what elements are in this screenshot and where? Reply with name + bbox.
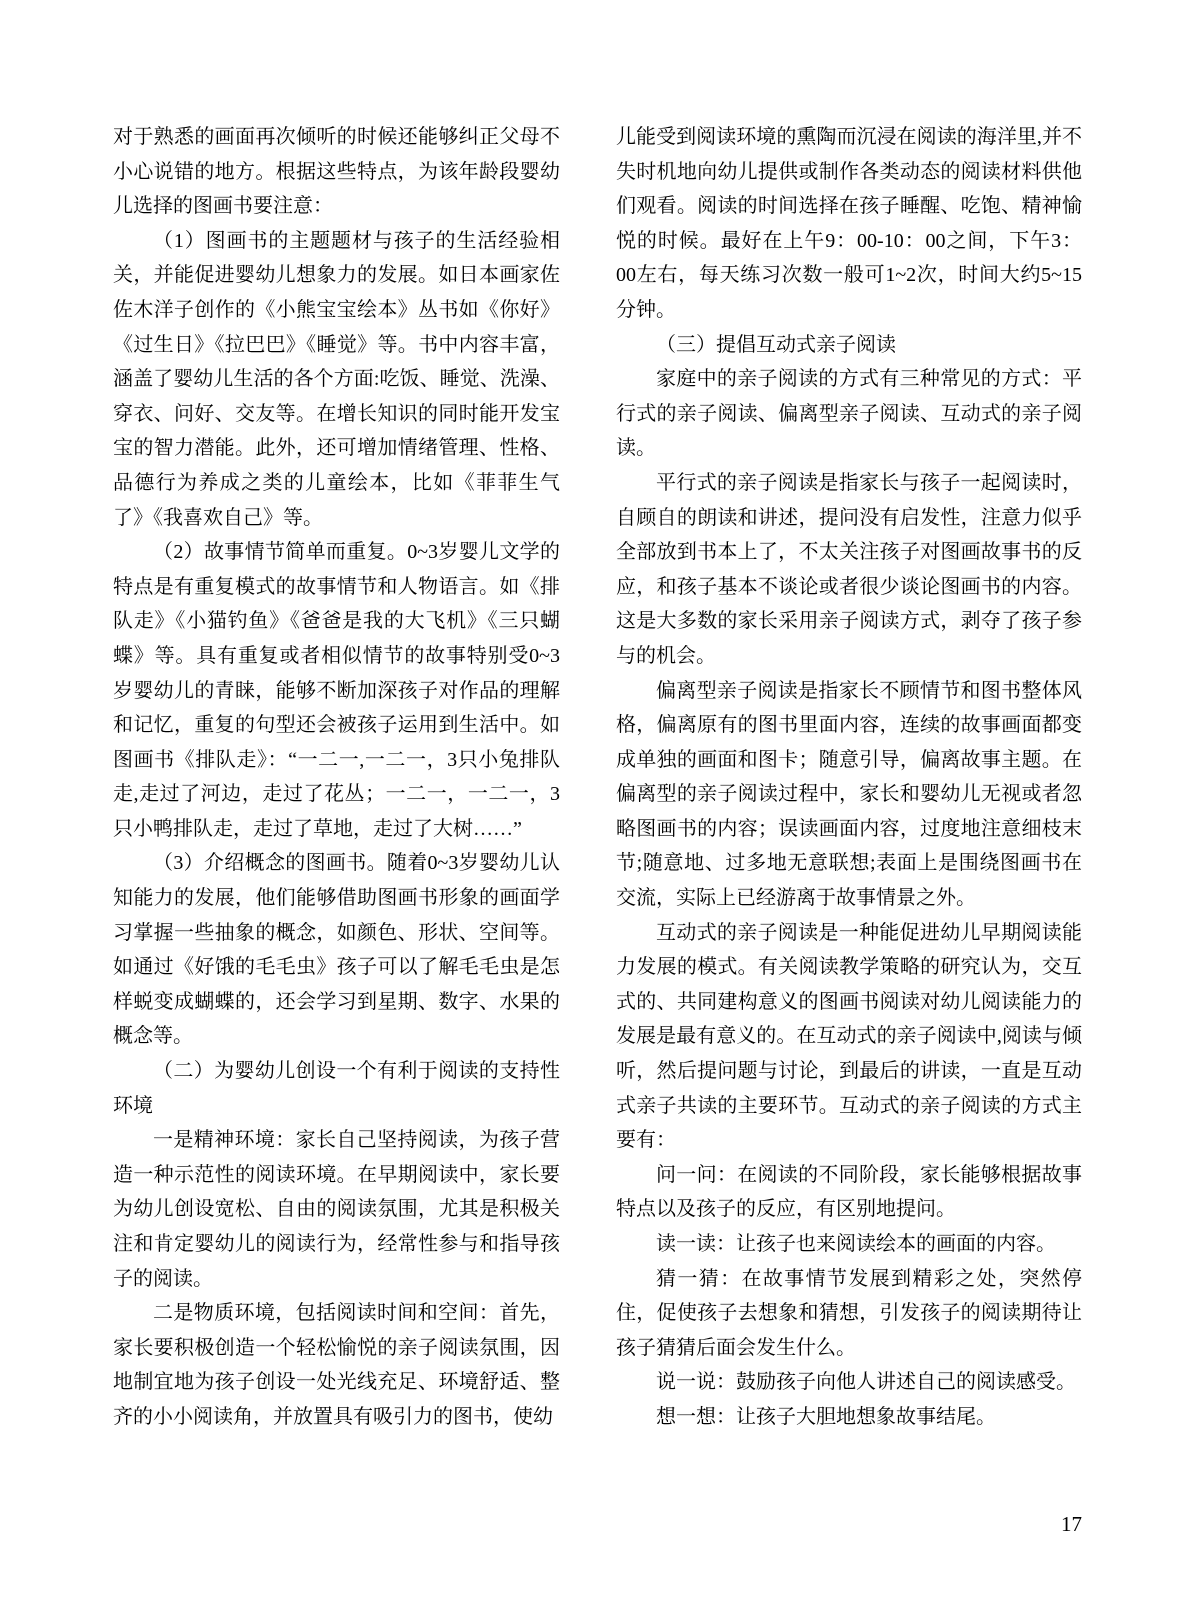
paragraph: 偏离型亲子阅读是指家长不顾情节和图书整体风格，偏离原有的图书里面内容，连续的故事… — [616, 674, 1082, 916]
section-heading: （二）为婴幼儿创设一个有利于阅读的支持性环境 — [113, 1054, 560, 1123]
paragraph: （3）介绍概念的图画书。随着0~3岁婴幼儿认知能力的发展，他们能够借助图画书形象… — [113, 846, 560, 1054]
text-columns: 对于熟悉的画面再次倾听的时候还能够纠正父母不小心说错的地方。根据这些特点，为该年… — [113, 120, 1082, 1435]
left-column: 对于熟悉的画面再次倾听的时候还能够纠正父母不小心说错的地方。根据这些特点，为该年… — [113, 120, 560, 1435]
section-heading: （三）提倡互动式亲子阅读 — [616, 328, 1082, 363]
paragraph: （2）故事情节简单而重复。0~3岁婴儿文学的特点是有重复模式的故事情节和人物语言… — [113, 535, 560, 846]
paragraph: 二是物质环境，包括阅读时间和空间：首先，家长要积极创造一个轻松愉悦的亲子阅读氛围… — [113, 1296, 560, 1434]
paragraph: 儿能受到阅读环境的熏陶而沉浸在阅读的海洋里,并不失时机地向幼儿提供或制作各类动态… — [616, 120, 1082, 328]
paragraph: 对于熟悉的画面再次倾听的时候还能够纠正父母不小心说错的地方。根据这些特点，为该年… — [113, 120, 560, 224]
column-gap — [560, 120, 616, 1435]
document-page: 对于熟悉的画面再次倾听的时候还能够纠正父母不小心说错的地方。根据这些特点，为该年… — [0, 0, 1191, 1616]
paragraph: 读一读：让孩子也来阅读绘本的画面的内容。 — [616, 1227, 1082, 1262]
paragraph: 家庭中的亲子阅读的方式有三种常见的方式：平行式的亲子阅读、偏离型亲子阅读、互动式… — [616, 362, 1082, 466]
paragraph: 问一问：在阅读的不同阶段，家长能够根据故事特点以及孩子的反应，有区别地提问。 — [616, 1158, 1082, 1227]
paragraph: （1）图画书的主题题材与孩子的生活经验相关，并能促进婴幼儿想象力的发展。如日本画… — [113, 224, 560, 535]
page-number: 17 — [1061, 1510, 1082, 1538]
right-column: 儿能受到阅读环境的熏陶而沉浸在阅读的海洋里,并不失时机地向幼儿提供或制作各类动态… — [616, 120, 1082, 1435]
paragraph: 互动式的亲子阅读是一种能促进幼儿早期阅读能力发展的模式。有关阅读教学策略的研究认… — [616, 916, 1082, 1158]
paragraph: 一是精神环境：家长自己坚持阅读，为孩子营造一种示范性的阅读环境。在早期阅读中，家… — [113, 1123, 560, 1296]
paragraph: 说一说：鼓励孩子向他人讲述自己的阅读感受。 — [616, 1365, 1082, 1400]
paragraph: 想一想：让孩子大胆地想象故事结尾。 — [616, 1400, 1082, 1435]
paragraph: 平行式的亲子阅读是指家长与孩子一起阅读时，自顾自的朗读和讲述，提问没有启发性，注… — [616, 466, 1082, 674]
paragraph: 猜一猜：在故事情节发展到精彩之处，突然停住，促使孩子去想象和猜想，引发孩子的阅读… — [616, 1262, 1082, 1366]
